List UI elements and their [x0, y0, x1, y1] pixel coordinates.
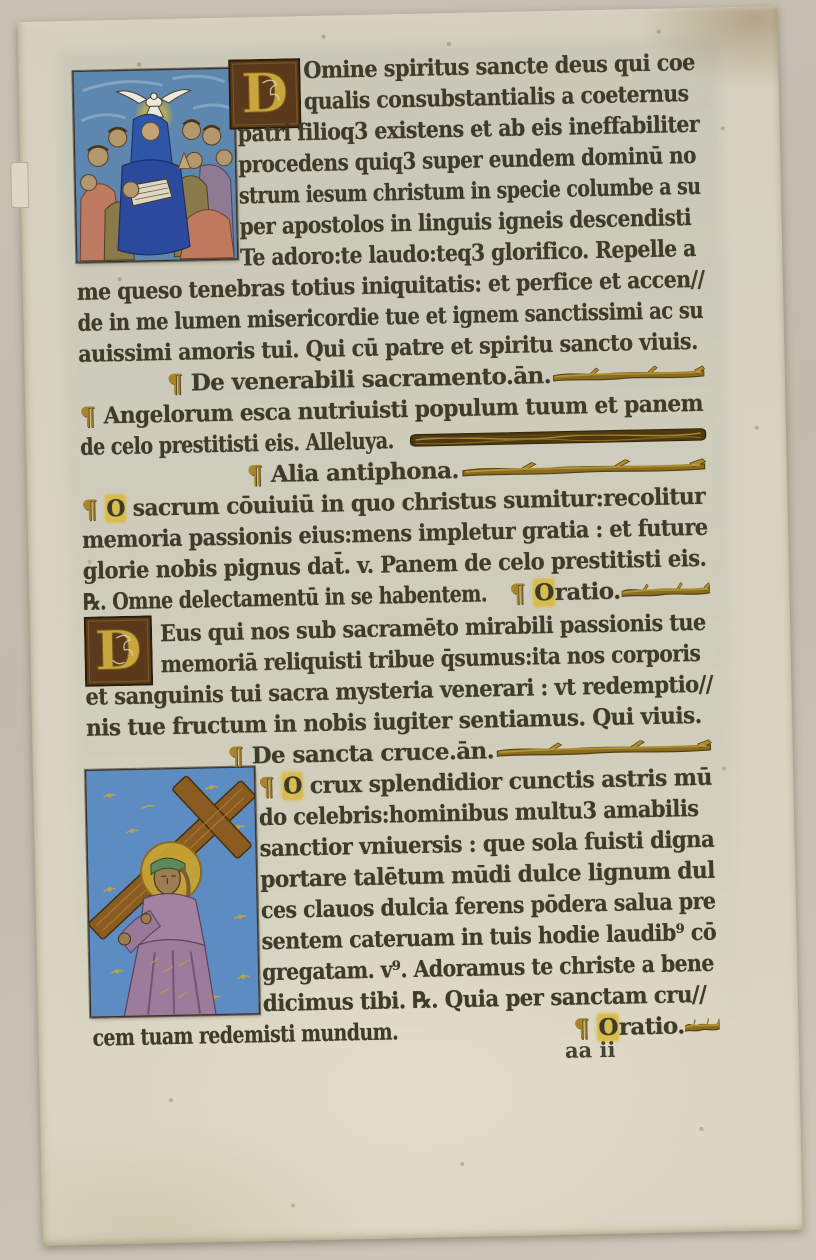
text-line: cem tuam redemisti mundum.¶Oratio. — [92, 1010, 721, 1054]
line-filler-branch-icon — [684, 1017, 720, 1034]
pilcrow-mark: ¶ — [81, 496, 106, 521]
gilt-capital: O — [282, 772, 303, 799]
line-gap — [398, 1028, 573, 1032]
pilcrow-mark: ¶ — [79, 403, 104, 428]
pilcrow-mark: ¶ — [258, 774, 283, 799]
line-text: de celo prestitisti eis. Alleluya. — [80, 427, 394, 461]
gilt-capital: O — [105, 495, 126, 522]
line-filler-branch-icon — [551, 364, 707, 383]
line-text: ℞. Omne delectamentū in se habentem. — [83, 580, 487, 615]
line-filler-branch-icon — [494, 738, 715, 759]
pilcrow-mark: ¶ — [167, 371, 192, 396]
line-text: cem tuam redemisti mundum. — [92, 1018, 398, 1051]
manuscript-leaf: D D — [17, 6, 802, 1246]
text-block: Omine spiritus sancte deus qui coequalis… — [17, 6, 802, 1246]
line-text: De sancta cruce.ān. — [251, 737, 494, 769]
line-text: Alia antiphona. — [271, 457, 460, 488]
line-filler-branch-icon — [620, 581, 711, 599]
pilcrow-mark: ¶ — [509, 580, 534, 605]
line-filler-wood-icon — [408, 426, 708, 448]
photograph-backing: D D — [0, 0, 816, 1260]
gilt-capital: O — [533, 579, 555, 606]
line-text: Oratio. — [533, 578, 621, 607]
quire-signature: aa ii — [565, 1037, 616, 1063]
pilcrow-mark: ¶ — [247, 462, 272, 487]
line-filler-branch-icon — [459, 457, 709, 478]
pilcrow-mark: ¶ — [227, 743, 252, 768]
